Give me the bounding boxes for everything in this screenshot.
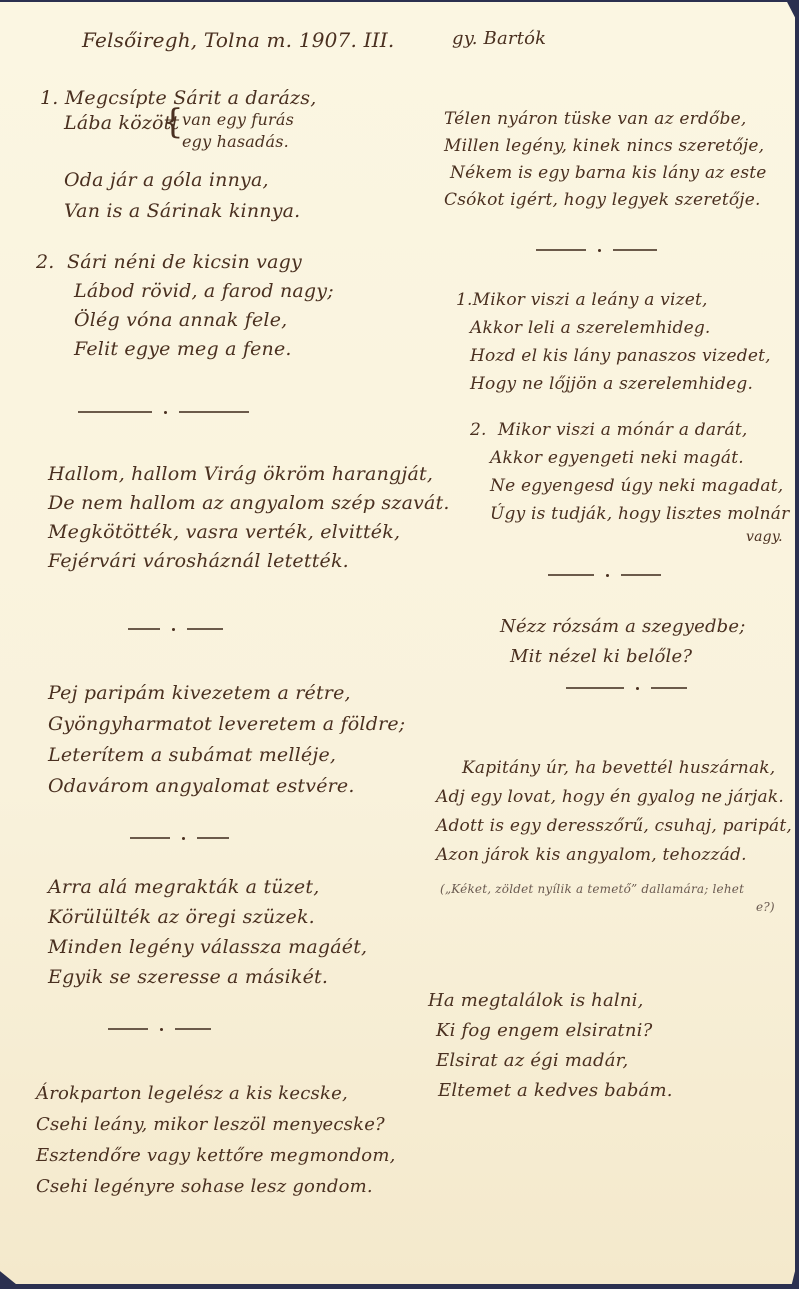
verse-line: Mikor viszi a mónár a darát, [498,420,748,440]
verse-line: Mit nézel ki belőle? [500,642,746,672]
stanza-left-2: 2. Sári néni de kicsin vagy Lábod rövid,… [36,248,334,364]
verse-line: Árokparton legelész a kis kecske, [36,1078,396,1109]
verse-line: Adott is egy deresszőrű, csuhaj, paripát… [436,812,792,841]
stanza-right-4: Nézz rózsám a szegyedbe; Mit nézel ki be… [500,612,746,672]
verse-line: De nem hallom az angyalom szép szavát. [48,489,450,518]
stanza-left-6: Árokparton legelész a kis kecske, Csehi … [36,1078,396,1202]
verse-line: Kapitány úr, ha bevettél huszárnak, [436,754,792,783]
verse-line: Sári néni de kicsin vagy [67,251,302,273]
verse-line: Csehi legényre sohase lesz gondom. [36,1171,396,1202]
verse-line: Hozd el kis lány panaszos vizedet, [456,342,771,370]
verse-line: Minden legény válassza magáét, [48,932,367,962]
separator [548,570,661,580]
verse-line: Leterítem a subámat melléje, [48,740,405,771]
verse-line: Megcsípte Sárit a darázs, [65,87,317,109]
stanza-number: 1. [40,87,59,109]
verse-line: Úgy is tudják, hogy lisztes molnár [470,500,789,528]
stanza-right-2: 1.Mikor viszi a leány a vizet, Akkor lel… [456,286,771,398]
verse-line: Hallom, hallom Virág ökröm harangját, [48,460,450,489]
melody-note-cont: e?) [756,900,775,914]
stanza-number: 2. [470,420,487,440]
verse-line: Azon járok kis angyalom, tehozzád. [436,841,792,870]
stanza-right-3: 2. Mikor viszi a mónár a darát, Akkor eg… [470,416,789,546]
verse-line: Megkötötték, vasra verték, elvitték, [48,518,450,547]
stanza-left-1-cont: Oda jár a góla innya, Van is a Sárinak k… [64,165,300,227]
verse-line: Pej paripám kivezetem a rétre, [48,678,405,709]
verse-line: Millen legény, kinek nincs szeretője, [444,133,767,160]
stanza-right-1: Télen nyáron tüske van az erdőbe, Millen… [444,106,767,214]
verse-line: Adj egy lovat, hogy én gyalog ne járjak. [436,783,792,812]
verse-line: Ne egyengesd úgy neki magadat, [470,472,789,500]
stanza-number: 2. [36,251,55,273]
verse-line: Nékem is egy barna kis lány az este [444,160,767,187]
verse-line: Mikor viszi a leány a vizet, [473,290,708,310]
verse-line: Odavárom angyalomat estvére. [48,771,405,802]
verse-line: Csókot igért, hogy legyek szeretője. [444,187,767,214]
variant-2: egy hasadás. [182,132,289,151]
verse-line: Körülülték az öregi szüzek. [48,902,367,932]
separator [128,624,223,634]
verse-line: Arra alá megrakták a tüzet, [48,872,367,902]
verse-line: Esztendőre vagy kettőre megmondom, [36,1140,396,1171]
separator [566,683,687,693]
verse-line: Gyöngyharmatot leveretem a földre; [48,709,405,740]
variant-brace: { [162,112,184,132]
header-place-date: Felsőiregh, Tolna m. 1907. III. [82,28,394,52]
manuscript-page: Felsőiregh, Tolna m. 1907. III. gy. Bart… [0,2,795,1284]
melody-note: („Kéket, zöldet nyílik a temető” dallamá… [440,882,744,896]
verse-line: Felit egye meg a fene. [36,335,334,364]
verse-line: Csehi leány, mikor leszöl menyecske? [36,1109,396,1140]
verse-line: Fejérvári városháznál letették. [48,547,450,576]
verse-line: Elsirat az égi madár, [428,1046,673,1076]
verse-line: Eltemet a kedves babám. [428,1076,673,1106]
verse-line: Egyik se szeresse a másikét. [48,962,367,992]
verse-line: Akkor leli a szerelemhideg. [456,314,771,342]
verse-line: Van is a Sárinak kinnya. [64,196,300,227]
verse-line: Ölég vóna annak fele, [36,306,334,335]
verse-line: Oda jár a góla innya, [64,165,300,196]
stanza-left-5: Arra alá megrakták a tüzet, Körülülték a… [48,872,367,992]
verse-line: Télen nyáron tüske van az erdőbe, [444,106,767,133]
separator [130,833,229,843]
stanza-right-6: Ha megtalálok is halni, Ki fog engem els… [428,986,673,1106]
stanza-left-3: Hallom, hallom Virág ökröm harangját, De… [48,460,450,576]
separator [78,407,249,417]
stanza-number: 1. [456,290,473,310]
stanza-right-5: Kapitány úr, ha bevettél huszárnak, Adj … [436,754,792,870]
verse-line: Nézz rózsám a szegyedbe; [500,612,746,642]
separator [536,245,657,255]
verse-line: vagy. [470,528,789,546]
stanza-left-4: Pej paripám kivezetem a rétre, Gyöngyhar… [48,678,405,802]
verse-line: Ki fog engem elsiratni? [428,1016,673,1046]
verse-line: Hogy ne lőjjön a szerelemhideg. [456,370,771,398]
variant-1: van egy furás [182,110,294,129]
separator [108,1024,211,1034]
verse-line: Lábod rövid, a farod nagy; [36,277,334,306]
verse-line: Ha megtalálok is halni, [428,986,673,1016]
verse-line: Akkor egyengeti neki magát. [470,444,789,472]
header-collector: gy. Bartók [452,28,546,49]
